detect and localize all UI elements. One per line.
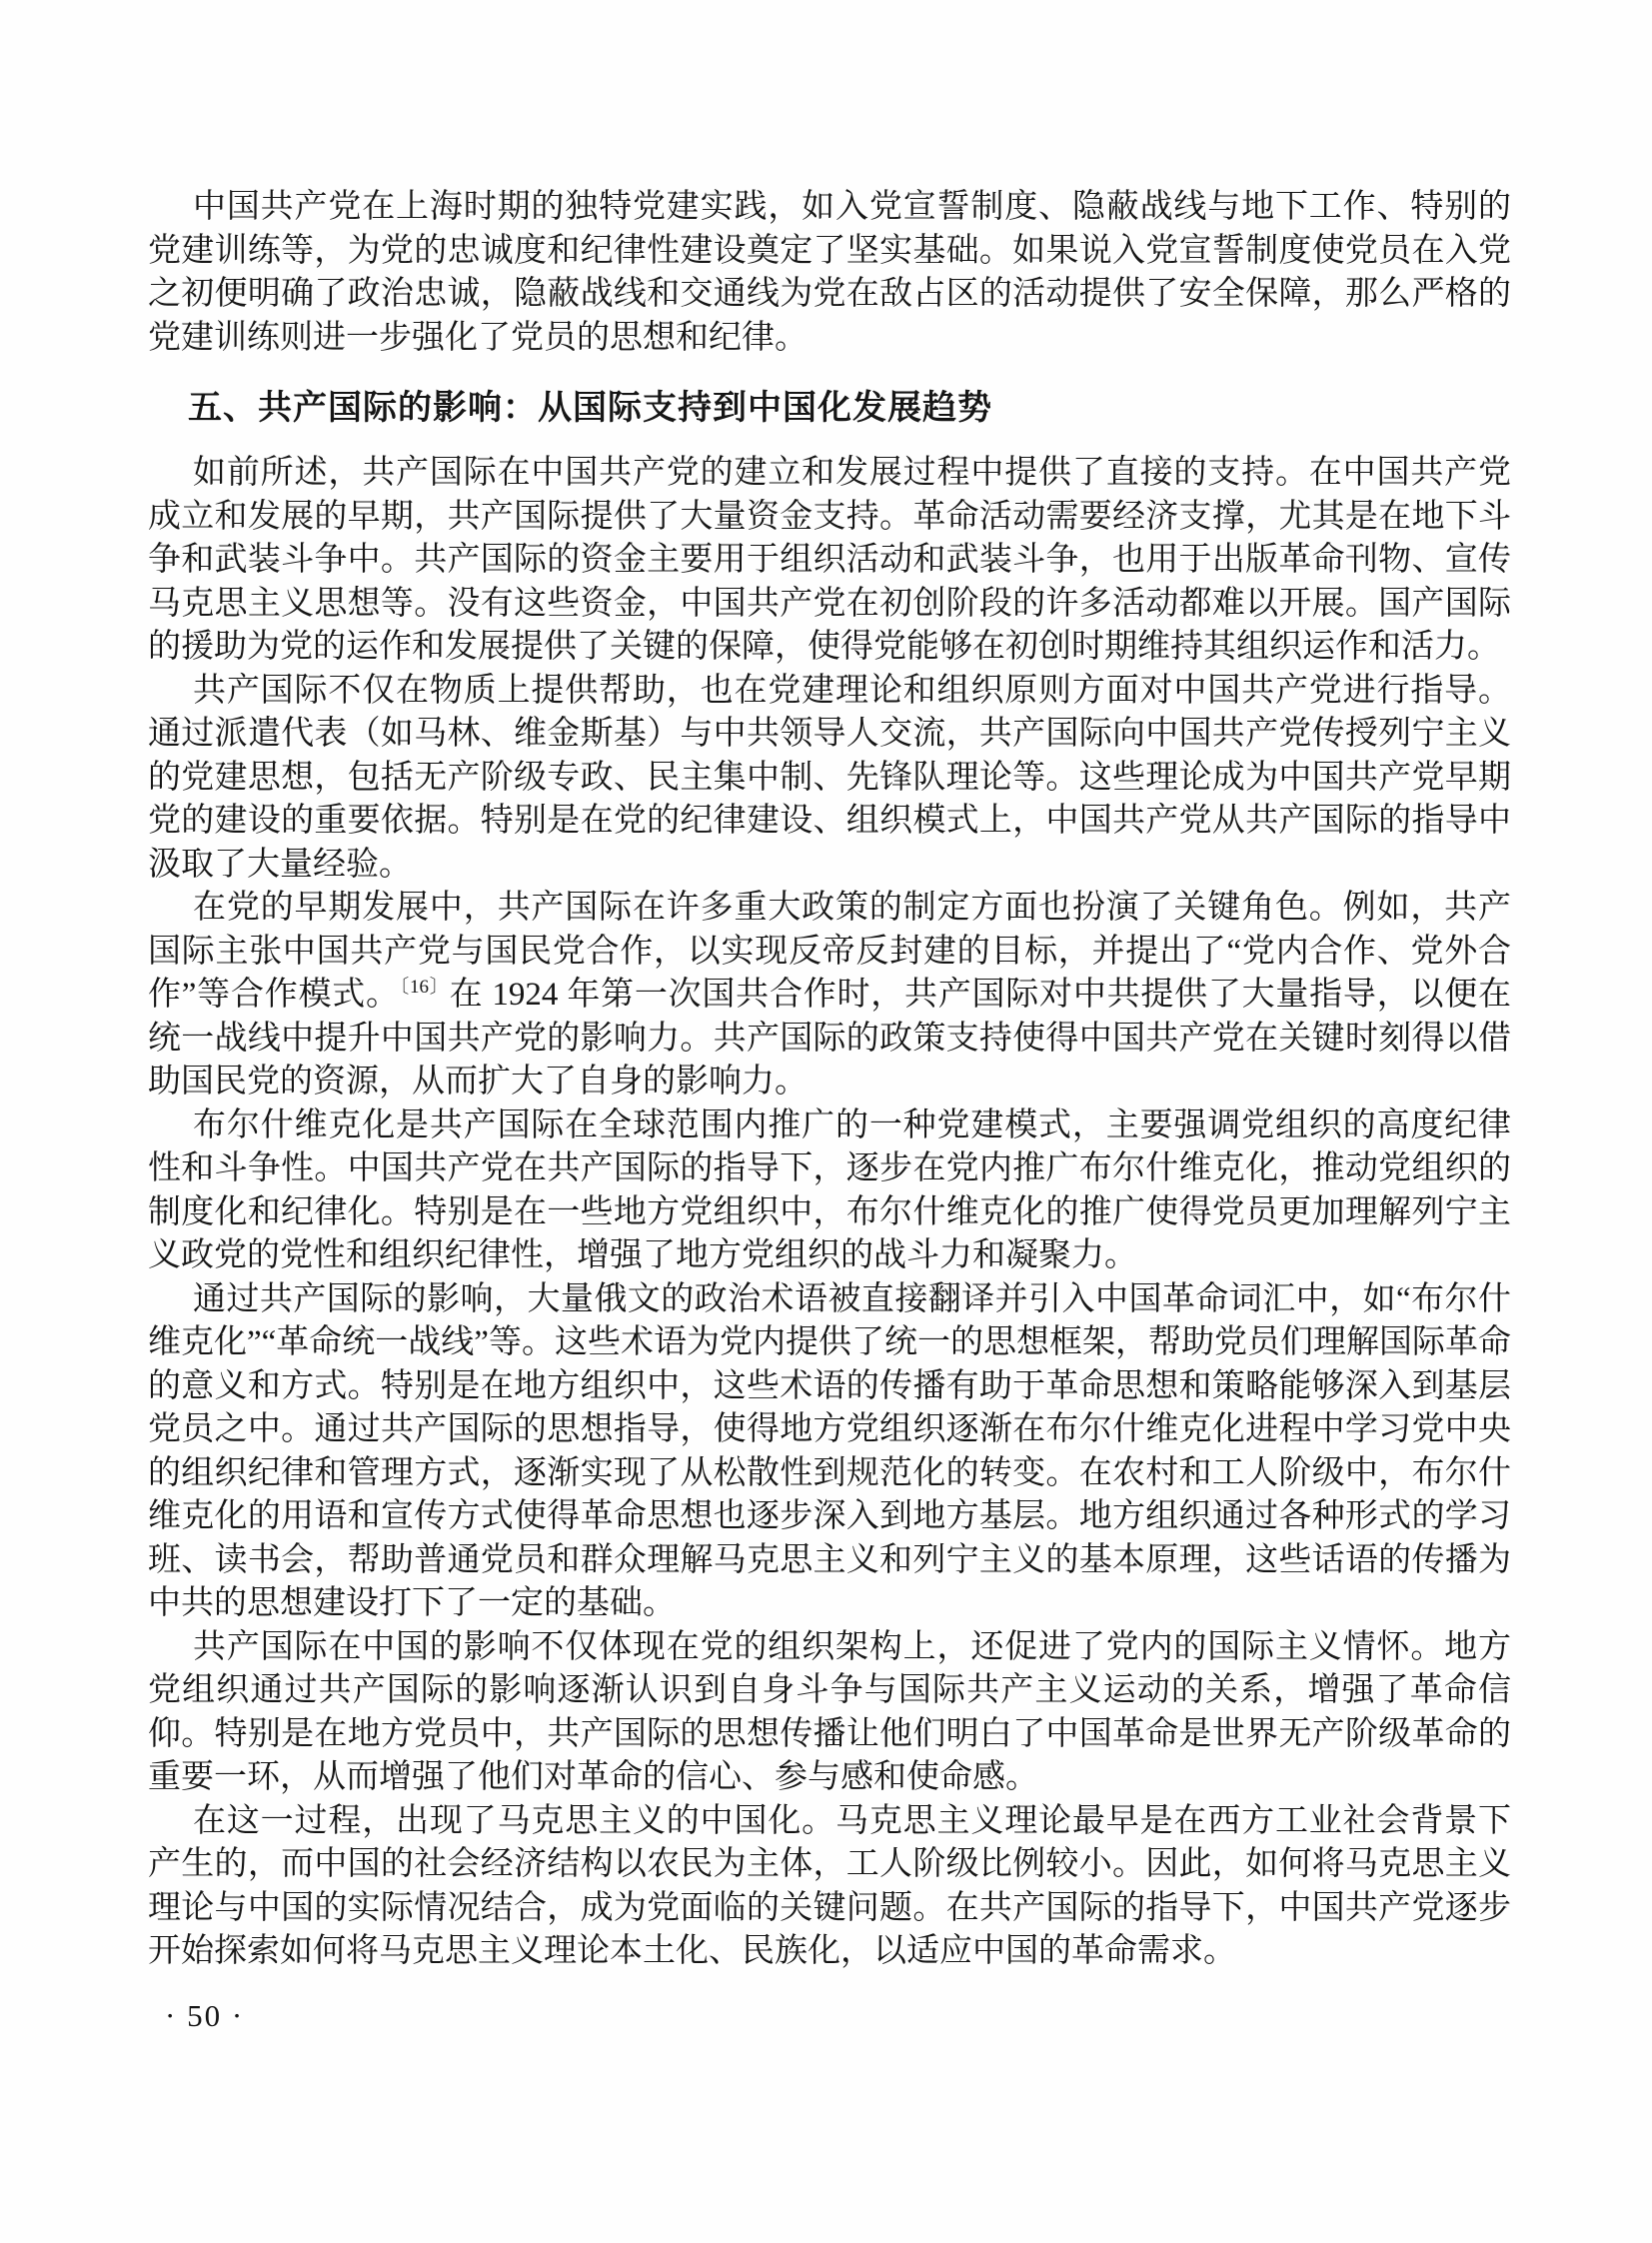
- paragraph-policy-cooperation: 在党的早期发展中，共产国际在许多重大政策的制定方面也扮演了关键角色。例如，共产国…: [148, 887, 1511, 1105]
- paragraph-comintern-support: 如前所述，共产国际在中国共产党的建立和发展过程中提供了直接的支持。在中国共产党成…: [148, 452, 1511, 670]
- paragraph-internationalism: 共产国际在中国的影响不仅体现在党的组织架构上，还促进了党内的国际主义情怀。地方党…: [148, 1626, 1511, 1800]
- paragraph-sinicization: 在这一过程，出现了马克思主义的中国化。马克思主义理论最早是在西方工业社会背景下产…: [148, 1800, 1511, 1974]
- document-page: 中国共产党在上海时期的独特党建实践，如入党宣誓制度、隐蔽战线与地下工作、特别的党…: [0, 0, 1652, 2243]
- page-number: · 50 ·: [148, 1998, 1511, 2034]
- paragraph-intro: 中国共产党在上海时期的独特党建实践，如入党宣誓制度、隐蔽战线与地下工作、特别的党…: [148, 186, 1511, 360]
- section-heading: 五、共产国际的影响：从国际支持到中国化发展趋势: [148, 386, 1511, 430]
- paragraph-terminology: 通过共产国际的影响，大量俄文的政治术语被直接翻译并引入中国革命词汇中，如“布尔什…: [148, 1278, 1511, 1626]
- footnote-ref-16: 〔16〕: [400, 977, 450, 998]
- paragraph-theory-guidance: 共产国际不仅在物质上提供帮助，也在党建理论和组织原则方面对中国共产党进行指导。通…: [148, 670, 1511, 888]
- page-body: 中国共产党在上海时期的独特党建实践，如入党宣誓制度、隐蔽战线与地下工作、特别的党…: [148, 186, 1511, 1974]
- paragraph-bolshevization: 布尔什维克化是共产国际在全球范围内推广的一种党建模式，主要强调党组织的高度纪律性…: [148, 1105, 1511, 1278]
